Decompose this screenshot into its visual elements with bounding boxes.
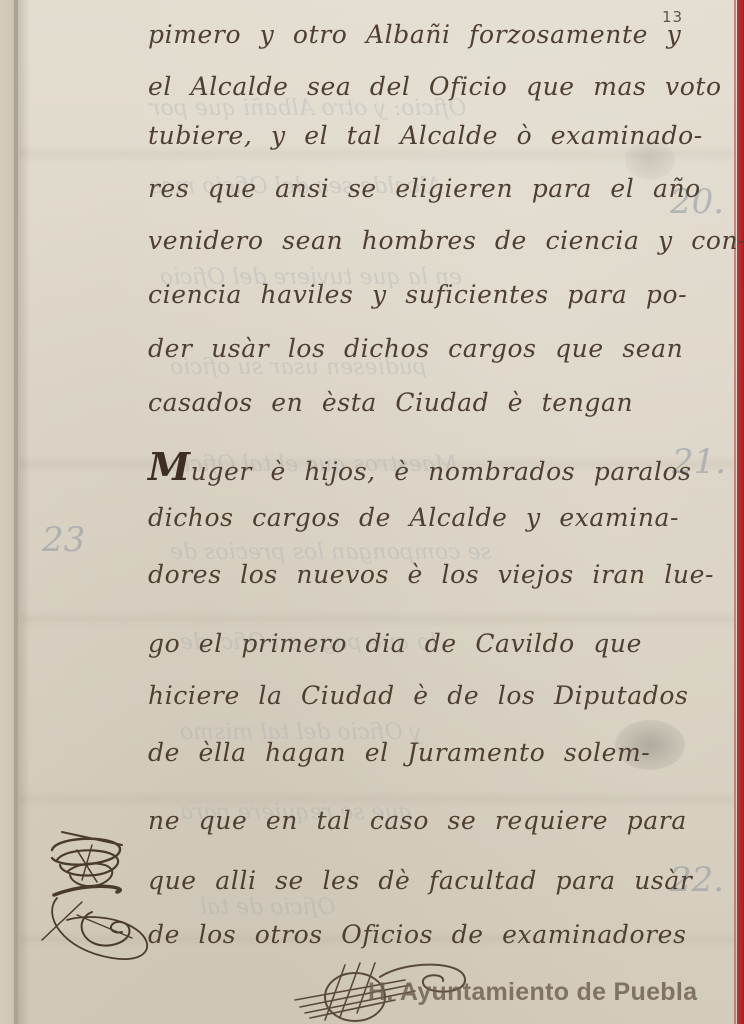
manuscript-line: res que ansi se eligieren para el año [148,176,608,201]
bleed-through-text: Oficio de tal [200,895,335,920]
paper-wave [20,610,734,628]
manuscript-line: pimero y otro Albañi forzosamente y [148,22,608,47]
red-page-edge [737,0,744,1024]
manuscript-line: el Alcalde sea del Oficio que mas voto [148,74,608,99]
manuscript-line: de èlla hagan el Juramento solem- [148,740,608,765]
manuscript-line: ciencia haviles y suficientes para po- [148,282,608,307]
red-edge-line [734,0,736,1024]
rubric-signature-icon [22,820,152,970]
manuscript-line: venidero sean hombres de ciencia y con- [148,228,608,253]
manuscript-line: que alli se les dè facultad para usàr [148,868,608,893]
bleed-through-number: 23 [42,520,85,560]
manuscript-line: tubiere, y el tal Alcalde ò examinado- [148,123,608,148]
manuscript-line: dores los nuevos è los viejos iran lue- [148,562,608,587]
manuscript-line: dichos cargos de Alcalde y examina- [148,505,608,530]
manuscript-page: Oficio: y otro Albañi que por Alcalde se… [0,0,744,1024]
manuscript-line: de los otros Oficios de examinadores [148,922,608,947]
manuscript-line: hiciere la Ciudad è de los Diputados [148,683,608,708]
archive-watermark: H. Ayuntamiento de Puebla [368,978,697,1007]
manuscript-line: casados en èsta Ciudad è tengan [148,390,608,415]
manuscript-line: ne que en tal caso se requiere para [148,808,608,833]
manuscript-line: Muger è hijos, è nombrados paralos [148,448,608,486]
manuscript-line: der usàr los dichos cargos que sean [148,336,608,361]
manuscript-line: go el primero dia de Cavildo que [148,631,608,656]
